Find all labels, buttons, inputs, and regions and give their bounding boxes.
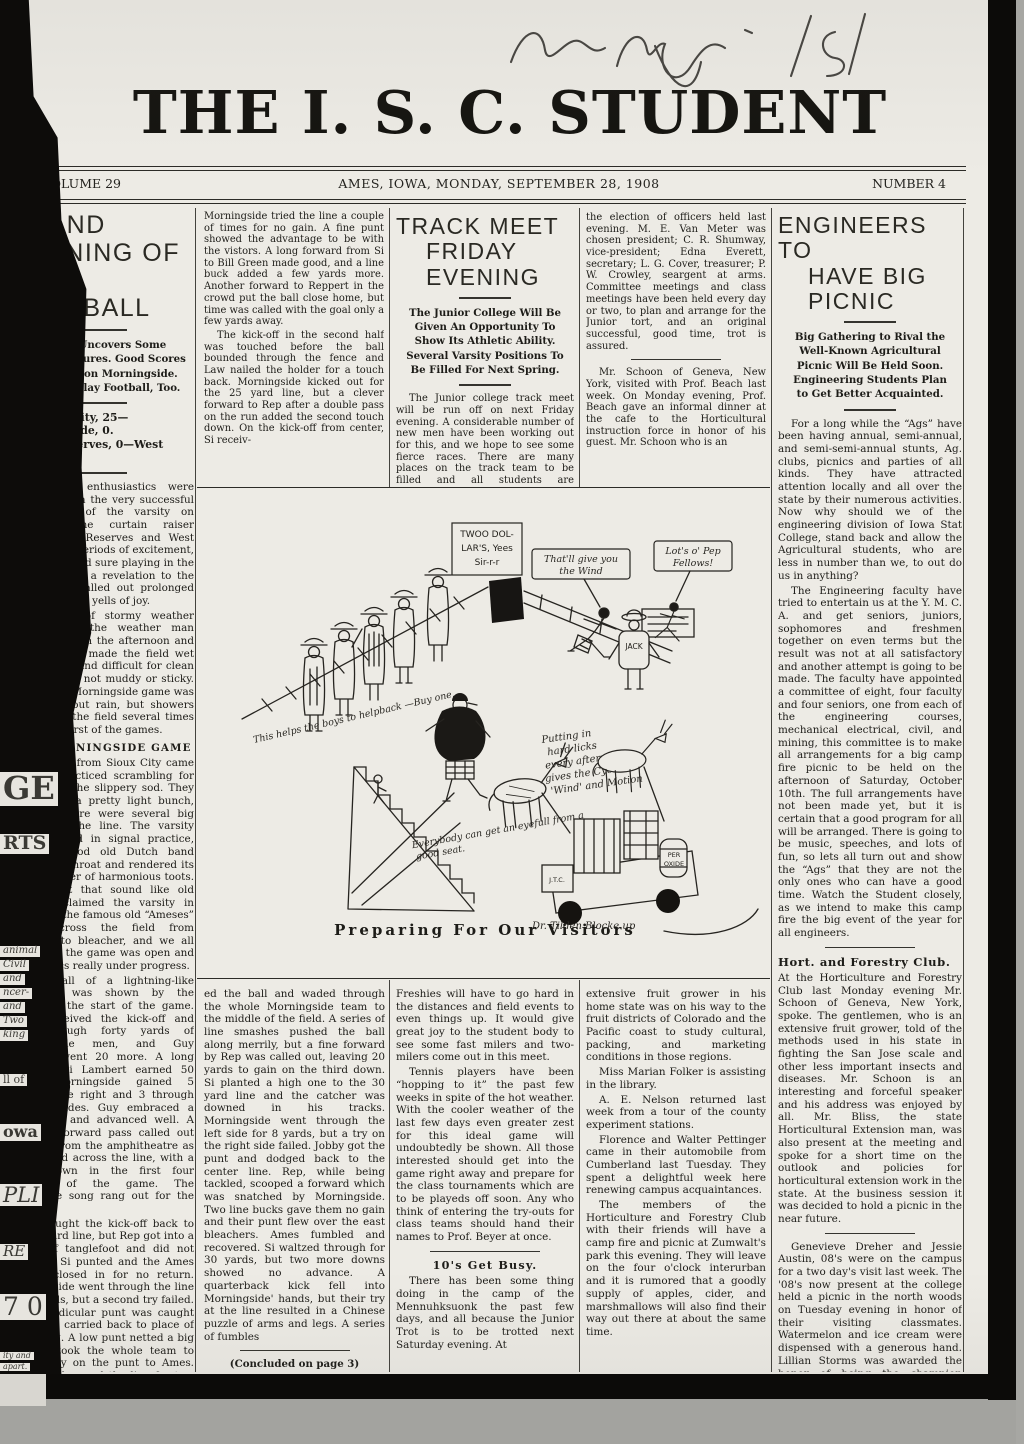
bubble-right-line2: Fellows! bbox=[672, 558, 713, 569]
edge-fragment: Civil bbox=[0, 960, 29, 971]
paragraph: The members of the Horticulture and Fore… bbox=[586, 1199, 766, 1339]
divider bbox=[844, 321, 896, 323]
barrel-label-line1: PER bbox=[668, 851, 681, 859]
paragraph: Miss Marian Folker is assisting in the l… bbox=[586, 1066, 766, 1091]
crosshead-hort-forestry: Hort. and Forestry Club. bbox=[778, 955, 962, 969]
divider bbox=[844, 409, 896, 411]
scan-corner-patch bbox=[0, 1374, 46, 1406]
edge-fragment: Two bbox=[0, 1016, 27, 1027]
divider bbox=[825, 947, 915, 948]
paragraph: For a long while the “Ags” have been hav… bbox=[778, 418, 962, 583]
article-track-meet: TRACK MEET FRIDAY EVENING The Junior Col… bbox=[396, 212, 574, 485]
headline-line-1: ENGINEERS TO bbox=[778, 212, 927, 263]
ticket-sign: TWOO DOL- LAR'S, Yees Sir-r-r bbox=[452, 523, 522, 575]
edge-fragment: ll of bbox=[0, 1074, 27, 1086]
edge-fragment: animal bbox=[0, 946, 40, 957]
paragraph: ed the ball and waded through the whole … bbox=[204, 988, 385, 1343]
divider bbox=[631, 359, 721, 360]
rule-dateline-2 bbox=[20, 203, 966, 204]
date-label: AMES, IOWA, MONDAY, SEPTEMBER 28, 1908 bbox=[24, 176, 974, 191]
edge-fragment: RE bbox=[0, 1244, 28, 1260]
newspaper-page: THE I. S. C. STUDENT VOLUME 29 AMES, IOW… bbox=[0, 0, 1024, 1444]
edge-fragment: king bbox=[0, 1030, 28, 1041]
column-rule-2a bbox=[389, 208, 390, 487]
rule-top-2 bbox=[20, 170, 966, 171]
edge-fragment: and bbox=[0, 974, 25, 985]
crate-label: J.T.C. bbox=[548, 876, 565, 884]
paragraph: Genevieve Dreher and Jessie Austin, 08's… bbox=[778, 1241, 962, 1372]
track-meet-deck: The Junior College Will Be Given An Oppo… bbox=[396, 306, 574, 377]
bubble-left-line1: That'll give you bbox=[544, 554, 618, 565]
scan-edge-bottom-black bbox=[46, 1374, 1016, 1399]
paragraph: Tennis players have been “hopping to it”… bbox=[396, 1066, 574, 1244]
speech-bubble-left: That'll give you the Wind bbox=[532, 549, 630, 607]
engineers-deck: Big Gathering to Rival the Well-Known Ag… bbox=[778, 330, 962, 401]
bottom-column-c: extensive fruit grower in his home state… bbox=[586, 988, 766, 1372]
runner-left bbox=[568, 608, 616, 657]
divider bbox=[430, 1251, 540, 1252]
rule-dateline-1 bbox=[20, 199, 966, 200]
speech-bubble-right: Lot's o' Pep Fellows! bbox=[654, 541, 732, 601]
track-meet-headline: TRACK MEET FRIDAY EVENING bbox=[396, 214, 574, 290]
poster bbox=[642, 609, 694, 637]
ticket-window bbox=[489, 577, 524, 623]
divider bbox=[240, 1350, 350, 1351]
edge-fragment: apart. bbox=[0, 1363, 30, 1371]
ticket-sign-line1: TWOO DOL- bbox=[459, 530, 514, 540]
bubble-right-line1: Lot's o' Pep bbox=[664, 546, 720, 557]
column-rule-1 bbox=[195, 208, 196, 1372]
number-label: NUMBER 4 bbox=[872, 176, 946, 191]
engineers-headline: ENGINEERS TO HAVE BIG PICNIC bbox=[778, 213, 962, 314]
edge-fragment: ncer- bbox=[0, 988, 32, 999]
edge-fragment: ity and bbox=[0, 1352, 34, 1360]
edge-fragment: PLI bbox=[0, 1184, 42, 1206]
paragraph: The kick-off in the second half was touc… bbox=[204, 330, 384, 447]
bubble-left-line2: the Wind bbox=[559, 566, 602, 577]
divider bbox=[459, 384, 511, 386]
paragraph: Freshies will have to go hard in the dis… bbox=[396, 988, 574, 1064]
wagon: PER OXIDE J.T.C. bbox=[542, 811, 698, 925]
headline-line-2: HAVE BIG PICNIC bbox=[778, 264, 962, 315]
column-rule-3b bbox=[579, 980, 580, 1372]
divider bbox=[459, 297, 511, 299]
divider bbox=[825, 1233, 915, 1234]
column-rule-5 bbox=[963, 208, 964, 1372]
editorial-cartoon: TWOO DOL- LAR'S, Yees Sir-r-r This helps… bbox=[202, 491, 768, 937]
scan-edge-right bbox=[988, 0, 1016, 1400]
edge-fragment: owa bbox=[0, 1124, 41, 1141]
rule-top-1 bbox=[20, 166, 966, 167]
bottom-column-b: Freshies will have to go hard in the dis… bbox=[396, 988, 574, 1372]
paragraph: Florence and Walter Pettinger came in th… bbox=[586, 1134, 766, 1197]
paragraph: Mr. Schoon of Geneva, New York, visited … bbox=[586, 367, 766, 449]
seat-note: Everybody can get an eyefull from a good… bbox=[410, 810, 587, 863]
training-runner bbox=[426, 693, 490, 801]
paragraph: At the Horticulture and Forestry Club la… bbox=[778, 972, 962, 1226]
paragraph: There has been some thing doing in the c… bbox=[396, 1275, 574, 1351]
jersey-label: JACK bbox=[624, 642, 643, 651]
ticket-sign-line3: Sir-r-r bbox=[475, 558, 500, 568]
paragraph: the election of officers held last eveni… bbox=[586, 212, 766, 352]
bottom-column-a: ed the ball and waded through the whole … bbox=[204, 988, 385, 1372]
dateline-row: VOLUME 29 AMES, IOWA, MONDAY, SEPTEMBER … bbox=[24, 176, 974, 196]
barrel-label-line2: OXIDE bbox=[664, 860, 684, 868]
edge-fragment: 7 0 bbox=[0, 1294, 46, 1320]
paragraph: Morningside tried the line a couple of t… bbox=[204, 211, 384, 328]
edge-fragment: GE bbox=[0, 772, 58, 806]
bottom-section-rule bbox=[197, 978, 770, 979]
headline-line-2: FRIDAY EVENING bbox=[396, 239, 574, 290]
edge-fragment: and bbox=[0, 1002, 25, 1013]
paragraph: extensive fruit grower in his home state… bbox=[586, 988, 766, 1064]
ticket-sign-line2: LAR'S, Yees bbox=[461, 544, 513, 554]
paragraph: The Junior college track meet will be ru… bbox=[396, 393, 574, 485]
article-fall-football-cont: Morningside tried the line a couple of t… bbox=[204, 211, 384, 485]
divider bbox=[75, 472, 127, 474]
crosshead-tens-get-busy: 10's Get Busy. bbox=[396, 1259, 574, 1273]
edge-fragment: RTS bbox=[0, 834, 49, 854]
cartoon-top-rule bbox=[197, 487, 770, 488]
cartoon-caption: Preparing For Our Visitors bbox=[202, 921, 768, 939]
paragraph: A. E. Nelson returned last week from a t… bbox=[586, 1094, 766, 1132]
article-junior-class-cont: the election of officers held last eveni… bbox=[586, 212, 766, 485]
handwritten-annotation bbox=[505, 4, 875, 94]
column-rule-3a bbox=[579, 208, 580, 487]
paragraph: The Engineering faculty have tried to en… bbox=[778, 585, 962, 940]
scan-edge-right-outer bbox=[1016, 0, 1024, 1444]
concluded-note: (Concluded on page 3) bbox=[204, 1358, 385, 1370]
headline-line-1: TRACK MEET bbox=[396, 213, 559, 239]
article-engineers-picnic: ENGINEERS TO HAVE BIG PICNIC Big Gatheri… bbox=[778, 211, 962, 1372]
column-rule-2b bbox=[389, 980, 390, 1372]
column-rule-4 bbox=[771, 208, 772, 1372]
